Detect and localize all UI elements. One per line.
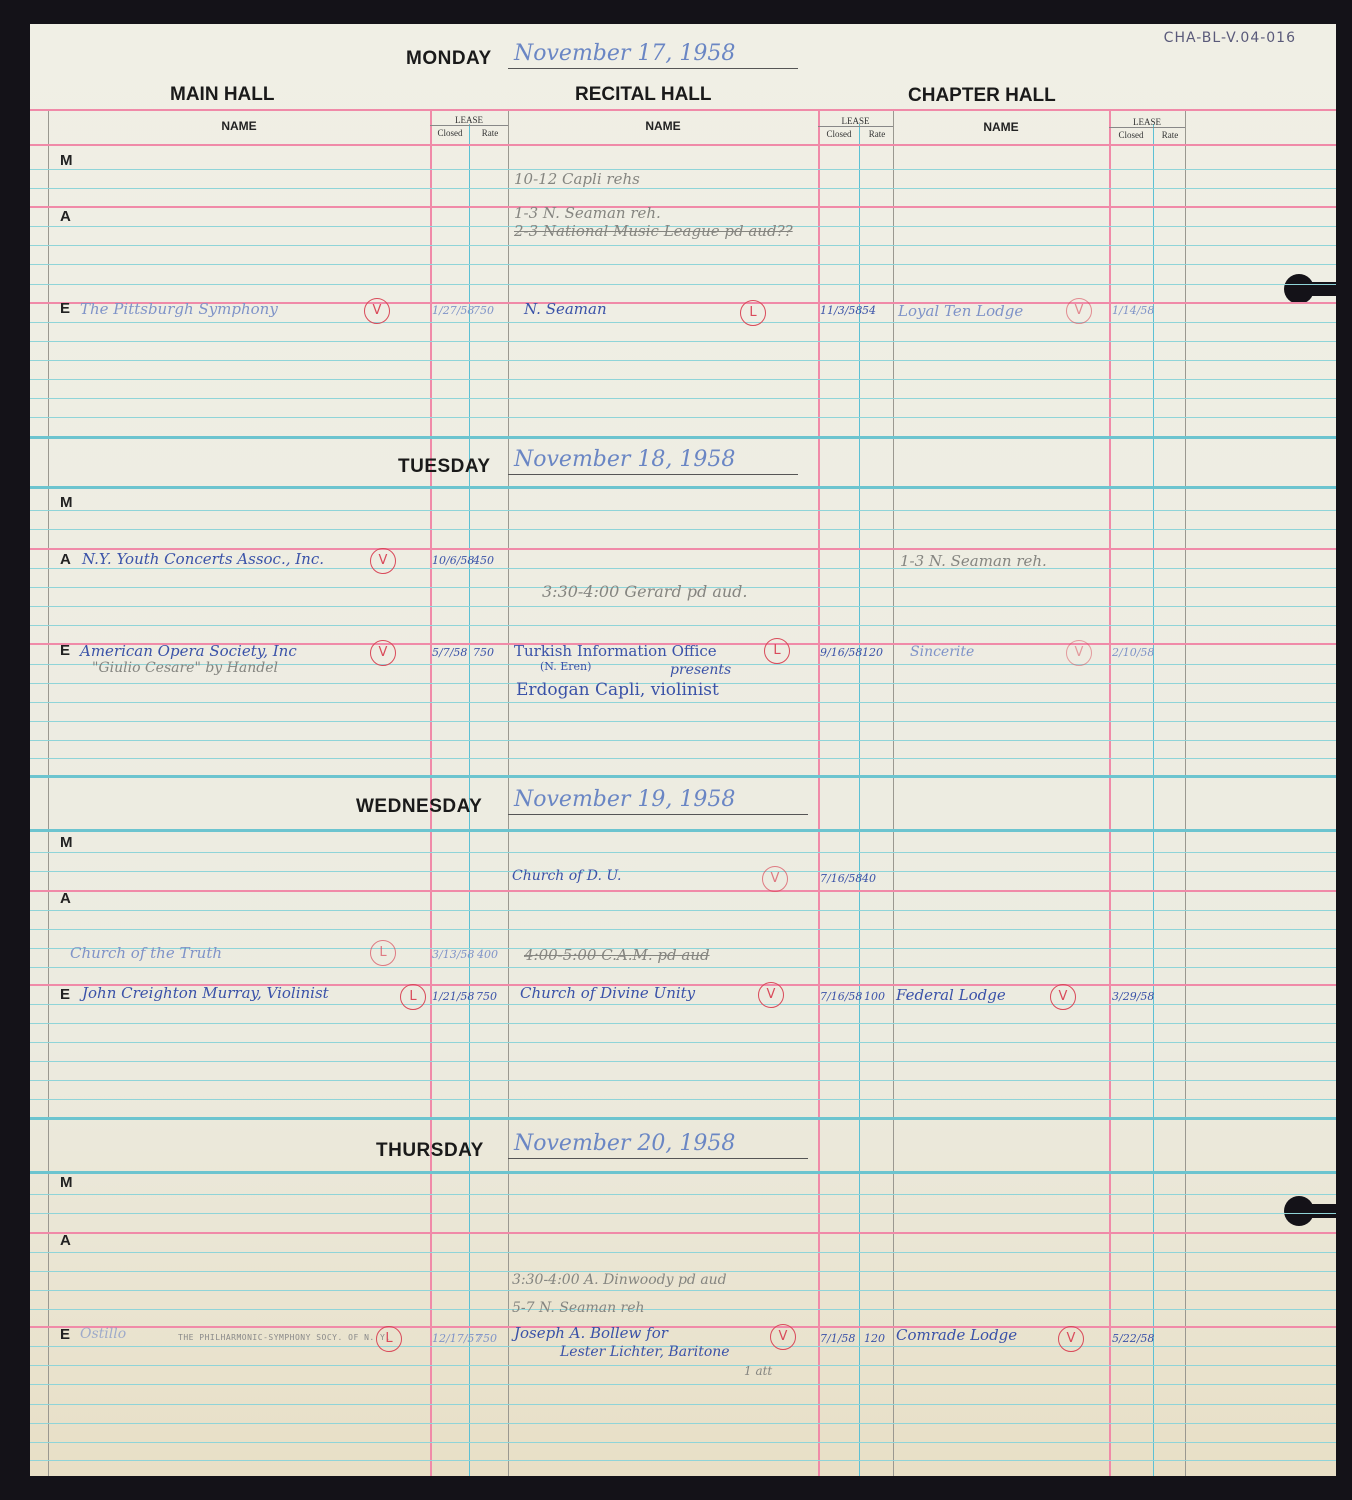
recital-note: 3:30-4:00 Gerard pd aud.	[542, 582, 748, 601]
booking-mark: L	[400, 984, 426, 1010]
period-evening: E	[60, 300, 70, 317]
lease-closed: 1/14/58	[1112, 304, 1154, 317]
rule	[30, 144, 1336, 146]
hall-title-recital: RECITAL HALL	[575, 84, 712, 106]
period-evening: E	[60, 642, 70, 659]
lease-closed: 7/1/58	[820, 1332, 855, 1345]
booking-name: Church of D. U.	[512, 868, 621, 884]
reference-code: CHA-BL-V.04-016	[1164, 30, 1296, 46]
closed-rate-divider	[859, 124, 860, 1476]
booking-name: Joseph A. Bollew for	[514, 1324, 668, 1342]
rate-header: Rate	[861, 129, 893, 139]
ledger-page: CHA-BL-V.04-016 MONDAY November 17, 1958…	[30, 24, 1336, 1476]
booking-name: Federal Lodge	[896, 986, 1006, 1004]
lease-closed: 9/16/58	[820, 646, 862, 659]
lease-closed: 3/13/58	[432, 948, 474, 961]
rate-header: Rate	[1155, 130, 1185, 140]
period-evening: E	[60, 1326, 70, 1343]
recital-note: 10-12 Capli rehs	[514, 170, 640, 188]
lease-closed: 1/27/58	[432, 304, 474, 317]
booking-mark: L	[740, 300, 766, 326]
recital-note: 3:30-4:00 A. Dinwoody pd aud	[512, 1272, 727, 1288]
booking-name: Loyal Ten Lodge	[898, 302, 1023, 320]
lease-header: LEASE	[1109, 117, 1185, 128]
booking-mark: V	[1066, 298, 1092, 324]
lease-closed: 7/16/58	[820, 872, 862, 885]
lease-rate: 100	[864, 990, 885, 1003]
day-date: November 18, 1958	[508, 448, 798, 475]
booking-subtitle: "Giulio Cesare" by Handel	[92, 660, 278, 676]
day-date: November 19, 1958	[508, 788, 808, 815]
booking-subtitle: Lester Lichter, Baritone	[560, 1344, 730, 1360]
recital-note: 5-7 N. Seaman reh	[512, 1300, 645, 1316]
chapter-note: 1-3 N. Seaman reh.	[900, 552, 1047, 570]
lease-rate: 120	[862, 646, 883, 659]
booking-mark: V	[1050, 984, 1076, 1010]
lease-closed: 11/3/58	[820, 304, 862, 317]
booking-mark: V	[770, 1324, 796, 1350]
booking-mark: V	[758, 982, 784, 1008]
period-morning: M	[60, 1174, 73, 1191]
day-date: November 17, 1958	[508, 42, 798, 69]
lease-closed: 10/6/58	[432, 554, 474, 567]
booking-name: Comrade Lodge	[896, 1326, 1017, 1344]
booking-name: Turkish Information Office	[514, 642, 717, 660]
period-afternoon: A	[60, 551, 71, 568]
booking-mark: L	[764, 638, 790, 664]
closed-rate-divider	[1153, 124, 1154, 1476]
booking-mark: V	[1058, 1326, 1084, 1352]
rate-header: Rate	[472, 128, 508, 138]
period-afternoon: A	[60, 208, 71, 225]
booking-note: 1 att	[744, 1364, 772, 1378]
column-header-name: NAME	[508, 119, 818, 133]
closed-header: Closed	[432, 128, 468, 138]
lease-header: LEASE	[818, 116, 893, 127]
hall-title-chapter: CHAPTER HALL	[908, 85, 1056, 107]
booking-name: John Creighton Murray, Violinist	[82, 984, 329, 1002]
hall-title-main: MAIN HALL	[170, 84, 274, 106]
booking-mark: V	[1066, 640, 1092, 666]
day-title: TUESDAY	[398, 456, 491, 478]
binder-hole	[1284, 274, 1314, 304]
period-evening: E	[60, 986, 70, 1003]
booking-name: Ostillo	[80, 1326, 126, 1342]
booking-name: Sincerite	[910, 644, 974, 660]
rule	[30, 109, 1336, 111]
closed-header: Closed	[820, 129, 858, 139]
closed-header: Closed	[1111, 130, 1151, 140]
lease-closed: 2/10/58	[1112, 646, 1154, 659]
booking-mark: L	[376, 1326, 402, 1352]
lease-closed: 5/22/58	[1112, 1332, 1154, 1345]
period-morning: M	[60, 152, 73, 169]
lease-rate: 120	[864, 1332, 885, 1345]
period-afternoon: A	[60, 890, 71, 907]
org-stamp: THE PHILHARMONIC-SYMPHONY SOCY. OF N. Y.	[178, 1333, 391, 1342]
booking-name: American Opera Society, Inc	[80, 642, 297, 660]
period-afternoon: A	[60, 1232, 71, 1249]
period-morning: M	[60, 834, 73, 851]
booking-mark: V	[762, 866, 788, 892]
lease-closed: 12/17/57	[432, 1332, 481, 1345]
booking-name: N.Y. Youth Concerts Assoc., Inc.	[82, 550, 324, 568]
lease-rate: 450	[473, 554, 494, 567]
day-date: November 20, 1958	[508, 1132, 808, 1159]
booking-mark: L	[370, 940, 396, 966]
recital-note-struck: 4:00-5:00 C.A.M. pd aud	[524, 946, 710, 964]
booking-subtitle: presents	[670, 662, 731, 678]
day-title: THURSDAY	[376, 1140, 484, 1162]
lease-closed: 3/29/58	[1112, 990, 1154, 1003]
lease-header: LEASE	[430, 115, 508, 126]
day-title: WEDNESDAY	[356, 796, 482, 818]
lease-rate: 750	[473, 304, 494, 317]
lease-closed: 1/21/58	[432, 990, 474, 1003]
lease-rate: 40	[862, 872, 876, 885]
recital-note: 1-3 N. Seaman reh.	[514, 204, 661, 222]
booking-name: Church of Divine Unity	[520, 984, 695, 1002]
period-morning: M	[60, 494, 73, 511]
booking-subtitle: (N. Eren)	[540, 660, 591, 673]
booking-name: The Pittsburgh Symphony	[80, 300, 278, 318]
binder-hole	[1284, 1196, 1314, 1226]
lease-rate: 54	[862, 304, 876, 317]
booking-mark: V	[370, 548, 396, 574]
recital-note-struck: 2-3 National Music League pd aud??	[514, 222, 793, 240]
booking-mark: V	[364, 298, 390, 324]
lease-rate: 750	[476, 990, 497, 1003]
booking-subtitle: Erdogan Capli, violinist	[516, 680, 719, 700]
lease-rate: 750	[473, 646, 494, 659]
day-title: MONDAY	[406, 48, 492, 70]
lease-rate: 750	[476, 1332, 497, 1345]
lease-rate: 400	[477, 948, 498, 961]
column-header-name: NAME	[893, 120, 1109, 134]
booking-mark: V	[370, 640, 396, 666]
lease-closed: 7/16/58	[820, 990, 862, 1003]
booking-name: Church of the Truth	[70, 944, 222, 962]
day-separator	[30, 436, 1336, 439]
booking-name: N. Seaman	[524, 300, 607, 318]
column-header-name: NAME	[48, 119, 430, 133]
lease-closed: 5/7/58	[432, 646, 467, 659]
